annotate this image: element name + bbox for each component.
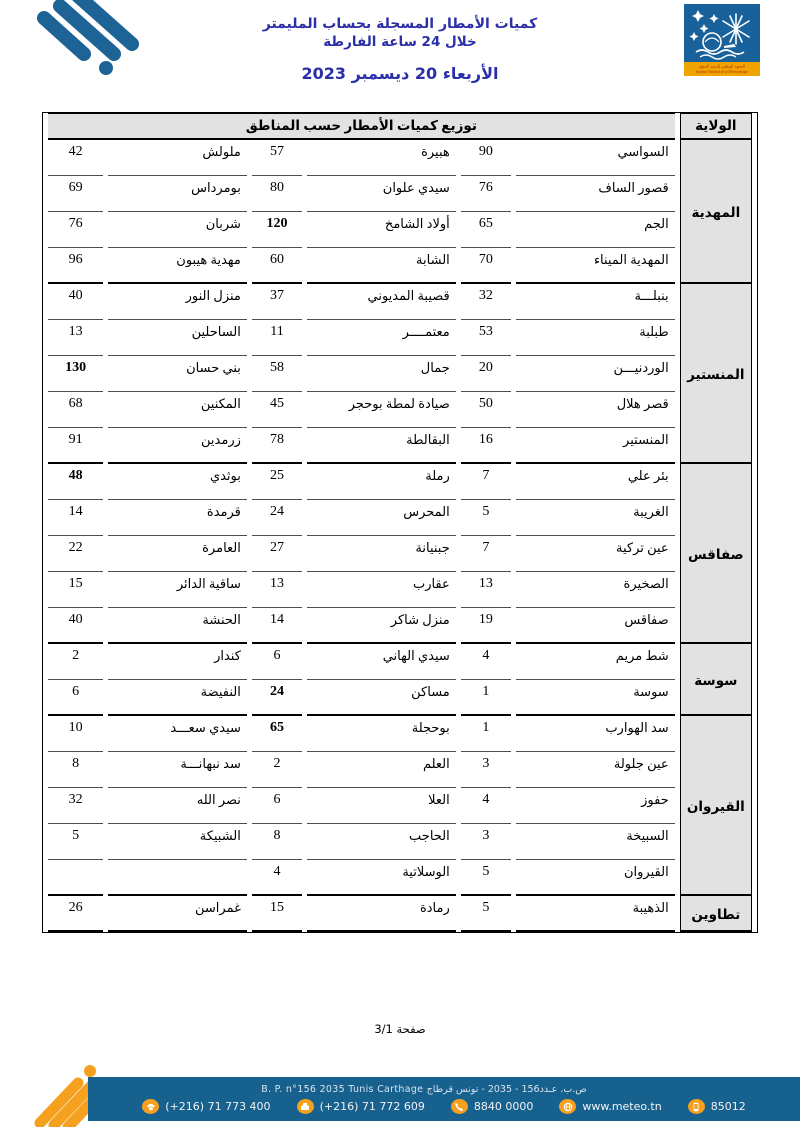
station-name-cell: شط مريم [516, 644, 675, 680]
contact-sms-text: 85012 [711, 1100, 746, 1113]
table-row: صفاقسبئر علي7رملة25بوثدي48 [48, 464, 752, 500]
station-name-cell: جمال [307, 356, 456, 392]
rainfall-table-body: المهديةالسواسي90هبيرة57ملولش42قصور الساف… [48, 140, 752, 932]
station-name-cell: سد نبهانـــة [108, 752, 247, 788]
station-name-cell: المحرس [307, 500, 456, 536]
station-name-cell: نصر الله [108, 788, 247, 824]
wilaya-cell: تطاوين [680, 896, 752, 932]
rainfall-value-cell: 120 [252, 212, 302, 248]
station-name-cell: قصيبة المديوني [307, 284, 456, 320]
table-row: عين جلولة3العلم2سد نبهانـــة8 [48, 752, 752, 788]
rainfall-value-cell: 24 [252, 680, 302, 716]
rainfall-value-cell: 16 [461, 428, 511, 464]
wilaya-cell: القيروان [680, 716, 752, 896]
table-row: المنستير16البقالطة78زرمدين91 [48, 428, 752, 464]
station-name-cell: المنستير [516, 428, 675, 464]
rainfall-value-cell: 42 [48, 140, 103, 176]
rainfall-value-cell: 5 [48, 824, 103, 860]
report-title-line2: خلال 24 ساعة الفارطة [0, 34, 800, 50]
rainfall-value-cell: 53 [461, 320, 511, 356]
rainfall-value-cell: 1 [461, 680, 511, 716]
station-name-cell: قصر هلال [516, 392, 675, 428]
table-row: الوردنيـــن20جمال58بني حسان130 [48, 356, 752, 392]
station-name-cell [108, 860, 247, 896]
rainfall-value-cell: 4 [461, 644, 511, 680]
inm-french-name: Institut National de la Météorologie [696, 70, 748, 74]
rainfall-value-cell: 22 [48, 536, 103, 572]
station-name-cell: صفاقس [516, 608, 675, 644]
fax-icon [297, 1099, 314, 1114]
sms-icon [688, 1099, 705, 1114]
report-title-line1: كميات الأمطار المسجلة بحساب المليمتر [0, 16, 800, 32]
rainfall-value-cell: 78 [252, 428, 302, 464]
report-page: كميات الأمطار المسجلة بحساب المليمتر خلا… [0, 0, 800, 1131]
station-name-cell: المهدية الميناء [516, 248, 675, 284]
rainfall-value-cell: 68 [48, 392, 103, 428]
page-number-label: صفحة 3/1 [0, 1022, 800, 1036]
station-name-cell: معتمــــر [307, 320, 456, 356]
footer-address-ar: ص.ب. عـدد156 - 2035 - تونس قرطاج [427, 1084, 587, 1095]
table-row: السبيخة3الحاجب8الشبيكة5 [48, 824, 752, 860]
rainfall-value-cell: 58 [252, 356, 302, 392]
rainfall-value-cell: 8 [252, 824, 302, 860]
station-name-cell: السواسي [516, 140, 675, 176]
station-name-cell: هبيرة [307, 140, 456, 176]
rainfall-value-cell: 40 [48, 608, 103, 644]
wilaya-cell: سوسة [680, 644, 752, 716]
table-row: طبلبة53معتمــــر11الساحلين13 [48, 320, 752, 356]
distribution-header: توزيع كميات الأمطار حسب المناطق [48, 113, 675, 140]
rainfall-value-cell: 14 [252, 608, 302, 644]
contact-phone-text: (+216) 71 773 400 [165, 1100, 270, 1113]
station-name-cell: بوحجلة [307, 716, 456, 752]
contact-web: www.meteo.tn [559, 1099, 661, 1114]
rainfall-value-cell: 37 [252, 284, 302, 320]
inm-emblem-logo-icon: المعهد الوطني للرصد الجوي Institut Natio… [684, 4, 760, 76]
rainfall-value-cell: 65 [461, 212, 511, 248]
station-name-cell: صيادة لمطة بوحجر [307, 392, 456, 428]
table-row: قصور الساف76سيدي علوان80بومرداس69 [48, 176, 752, 212]
table-row: المنستيربنبلـــة32قصيبة المديوني37منزل ا… [48, 284, 752, 320]
rainfall-value-cell: 91 [48, 428, 103, 464]
rainfall-value-cell: 15 [48, 572, 103, 608]
contact-phone: (+216) 71 773 400 [142, 1099, 270, 1114]
station-name-cell: زرمدين [108, 428, 247, 464]
rainfall-value-cell: 76 [48, 212, 103, 248]
rainfall-value-cell: 20 [461, 356, 511, 392]
rainfall-value-cell: 6 [252, 644, 302, 680]
station-name-cell: الشابة [307, 248, 456, 284]
table-row: قصر هلال50صيادة لمطة بوحجر45المكنين68 [48, 392, 752, 428]
station-name-cell: الحنشة [108, 608, 247, 644]
rainfall-value-cell: 4 [252, 860, 302, 896]
table-row: القيروانسد الهوارب1بوحجلة65سيدي سعـــد10 [48, 716, 752, 752]
wilaya-cell: المهدية [680, 140, 752, 284]
rainfall-value-cell: 13 [252, 572, 302, 608]
station-name-cell: رمادة [307, 896, 456, 932]
rainfall-value-cell: 3 [461, 752, 511, 788]
footer-contacts: (+216) 71 773 400 (+216) 71 772 609 8840… [88, 1099, 800, 1114]
contact-fax: (+216) 71 772 609 [297, 1099, 425, 1114]
station-name-cell: الغريبة [516, 500, 675, 536]
station-name-cell: الصخيرة [516, 572, 675, 608]
contact-fax-text: (+216) 71 772 609 [320, 1100, 425, 1113]
contact-callcenter: 8840 0000 [451, 1099, 534, 1114]
station-name-cell: ملولش [108, 140, 247, 176]
station-name-cell: سيدي علوان [307, 176, 456, 212]
rainfall-value-cell: 50 [461, 392, 511, 428]
station-name-cell: رملة [307, 464, 456, 500]
station-name-cell: بوثدي [108, 464, 247, 500]
wilaya-cell: المنستير [680, 284, 752, 464]
rainfall-table-wrap: الولاية توزيع كميات الأمطار حسب المناطق … [42, 112, 758, 933]
station-name-cell: قصور الساف [516, 176, 675, 212]
station-name-cell: منزل شاكر [307, 608, 456, 644]
station-name-cell: الوسلاتية [307, 860, 456, 896]
rainfall-value-cell: 48 [48, 464, 103, 500]
wilaya-column-header: الولاية [680, 113, 752, 140]
rainfall-value-cell: 60 [252, 248, 302, 284]
table-row: تطاوينالذهيبة5رمادة15غمراسن26 [48, 896, 752, 932]
rainfall-value-cell: 8 [48, 752, 103, 788]
table-row: حفوز4العلا6نصر الله32 [48, 788, 752, 824]
table-header-row: الولاية توزيع كميات الأمطار حسب المناطق [48, 113, 752, 140]
station-name-cell: العلا [307, 788, 456, 824]
table-row: عين تركية7جبنيانة27العامرة22 [48, 536, 752, 572]
rainfall-value-cell: 130 [48, 356, 103, 392]
inm-arabic-name: المعهد الوطني للرصد الجوي [699, 64, 745, 69]
table-row: الجم65أولاد الشامخ120شربان76 [48, 212, 752, 248]
station-name-cell: الساحلين [108, 320, 247, 356]
table-row: صفاقس19منزل شاكر14الحنشة40 [48, 608, 752, 644]
station-name-cell: الشبيكة [108, 824, 247, 860]
station-name-cell: بئر علي [516, 464, 675, 500]
globe-icon [559, 1099, 576, 1114]
report-date: الأربعاء 20 ديسمبر 2023 [0, 64, 800, 83]
station-name-cell: كندار [108, 644, 247, 680]
rainfall-value-cell: 57 [252, 140, 302, 176]
station-name-cell: قرمدة [108, 500, 247, 536]
rainfall-value-cell: 13 [48, 320, 103, 356]
station-name-cell: جبنيانة [307, 536, 456, 572]
table-row: الغريبة5المحرس24قرمدة14 [48, 500, 752, 536]
station-name-cell: طبلبة [516, 320, 675, 356]
contact-sms: 85012 [688, 1099, 746, 1114]
rainfall-value-cell [48, 860, 103, 896]
rainfall-value-cell: 15 [252, 896, 302, 932]
station-name-cell: بني حسان [108, 356, 247, 392]
station-name-cell: النفيضة [108, 680, 247, 716]
station-name-cell: مساكن [307, 680, 456, 716]
station-name-cell: حفوز [516, 788, 675, 824]
station-name-cell: عين تركية [516, 536, 675, 572]
rainfall-value-cell: 65 [252, 716, 302, 752]
rainfall-value-cell: 45 [252, 392, 302, 428]
station-name-cell: عين جلولة [516, 752, 675, 788]
footer-band: B. P. n°156 2035 Tunis Carthage ص.ب. عـد… [88, 1077, 800, 1121]
station-name-cell: غمراسن [108, 896, 247, 932]
rainfall-value-cell: 2 [252, 752, 302, 788]
station-name-cell: أولاد الشامخ [307, 212, 456, 248]
station-name-cell: بومرداس [108, 176, 247, 212]
rainfall-value-cell: 70 [461, 248, 511, 284]
callcenter-icon [451, 1099, 468, 1114]
rainfall-value-cell: 32 [461, 284, 511, 320]
rainfall-table: الولاية توزيع كميات الأمطار حسب المناطق … [42, 112, 758, 933]
rainfall-value-cell: 4 [461, 788, 511, 824]
rainfall-value-cell: 11 [252, 320, 302, 356]
wilaya-cell: صفاقس [680, 464, 752, 644]
rainfall-value-cell: 24 [252, 500, 302, 536]
footer-address: B. P. n°156 2035 Tunis Carthage ص.ب. عـد… [88, 1084, 800, 1095]
rainfall-value-cell: 25 [252, 464, 302, 500]
rainfall-value-cell: 69 [48, 176, 103, 212]
station-name-cell: سيدي سعـــد [108, 716, 247, 752]
rainfall-value-cell: 7 [461, 464, 511, 500]
table-row: المهديةالسواسي90هبيرة57ملولش42 [48, 140, 752, 176]
station-name-cell: بنبلـــة [516, 284, 675, 320]
station-name-cell: منزل النور [108, 284, 247, 320]
rainfall-value-cell: 19 [461, 608, 511, 644]
station-name-cell: شربان [108, 212, 247, 248]
phone-icon [142, 1099, 159, 1114]
rainfall-value-cell: 76 [461, 176, 511, 212]
table-row: سوسةشط مريم4سيدي الهاني6كندار2 [48, 644, 752, 680]
rainfall-value-cell: 5 [461, 896, 511, 932]
rainfall-value-cell: 2 [48, 644, 103, 680]
station-name-cell: ساقية الدائر [108, 572, 247, 608]
rainfall-value-cell: 5 [461, 860, 511, 896]
station-name-cell: المكنين [108, 392, 247, 428]
rainfall-value-cell: 90 [461, 140, 511, 176]
station-name-cell: البقالطة [307, 428, 456, 464]
station-name-cell: الذهيبة [516, 896, 675, 932]
station-name-cell: مهدية هيبون [108, 248, 247, 284]
station-name-cell: العلم [307, 752, 456, 788]
station-name-cell: السبيخة [516, 824, 675, 860]
rainfall-value-cell: 32 [48, 788, 103, 824]
contact-callcenter-text: 8840 0000 [474, 1100, 534, 1113]
table-row: الصخيرة13عقارب13ساقية الدائر15 [48, 572, 752, 608]
station-name-cell: سيدي الهاني [307, 644, 456, 680]
title-block: كميات الأمطار المسجلة بحساب المليمتر خلا… [0, 16, 800, 83]
station-name-cell: القيروان [516, 860, 675, 896]
rainfall-value-cell: 14 [48, 500, 103, 536]
rainfall-value-cell: 40 [48, 284, 103, 320]
contact-web-text[interactable]: www.meteo.tn [582, 1100, 661, 1113]
rainfall-value-cell: 7 [461, 536, 511, 572]
rainfall-value-cell: 26 [48, 896, 103, 932]
rainfall-value-cell: 6 [48, 680, 103, 716]
table-row: المهدية الميناء70الشابة60مهدية هيبون96 [48, 248, 752, 284]
rainfall-value-cell: 13 [461, 572, 511, 608]
rainfall-value-cell: 1 [461, 716, 511, 752]
report-header: كميات الأمطار المسجلة بحساب المليمتر خلا… [0, 0, 800, 112]
station-name-cell: عقارب [307, 572, 456, 608]
rainfall-value-cell: 5 [461, 500, 511, 536]
station-name-cell: سد الهوارب [516, 716, 675, 752]
rainfall-value-cell: 6 [252, 788, 302, 824]
rainfall-value-cell: 27 [252, 536, 302, 572]
rainfall-value-cell: 10 [48, 716, 103, 752]
station-name-cell: العامرة [108, 536, 247, 572]
rainfall-value-cell: 80 [252, 176, 302, 212]
station-name-cell: الوردنيـــن [516, 356, 675, 392]
rainfall-value-cell: 96 [48, 248, 103, 284]
footer-address-fr: B. P. n°156 2035 Tunis Carthage [261, 1084, 423, 1095]
rainfall-value-cell: 3 [461, 824, 511, 860]
station-name-cell: سوسة [516, 680, 675, 716]
station-name-cell: الجم [516, 212, 675, 248]
table-row: القيروان5الوسلاتية4 [48, 860, 752, 896]
station-name-cell: الحاجب [307, 824, 456, 860]
table-row: سوسة1مساكن24النفيضة6 [48, 680, 752, 716]
